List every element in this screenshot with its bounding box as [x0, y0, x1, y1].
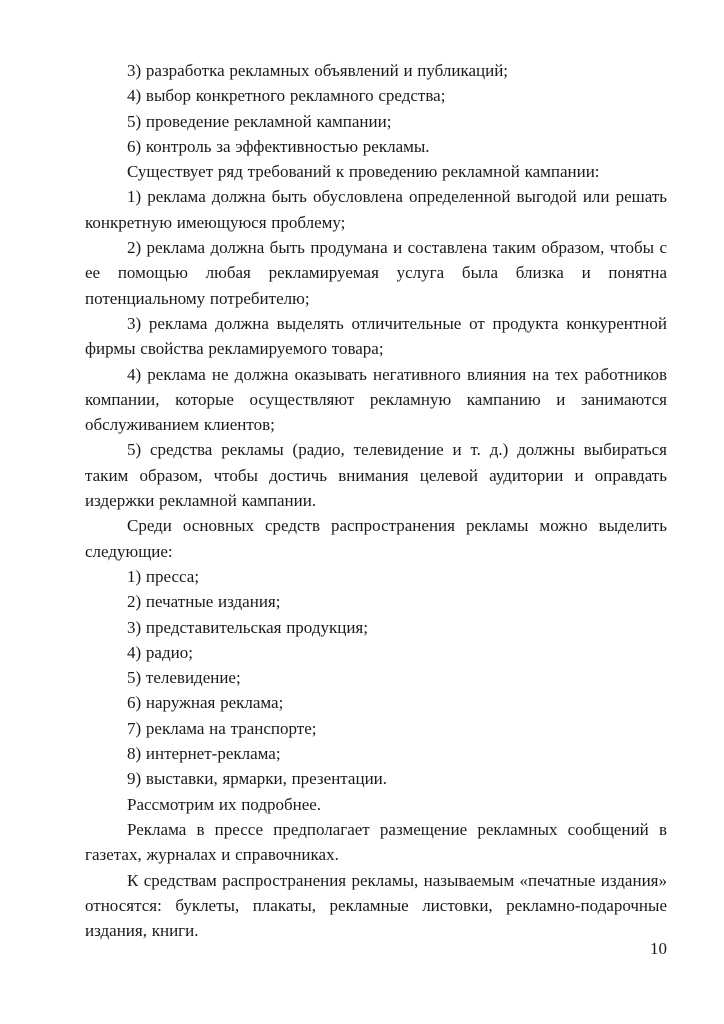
paragraph: 3) реклама должна выделять отличительные… — [85, 311, 667, 362]
list-item: 6) наружная реклама; — [85, 690, 667, 715]
list-item: 2) печатные издания; — [85, 589, 667, 614]
list-item: 3) представительская продукция; — [85, 615, 667, 640]
paragraph: Среди основных средств распространения р… — [85, 513, 667, 564]
paragraph: Рассмотрим их подробнее. — [85, 792, 667, 817]
page-number: 10 — [650, 936, 667, 961]
paragraph: 5) проведение рекламной кампании; — [85, 109, 667, 134]
paragraph: 3) разработка рекламных объявлений и пуб… — [85, 58, 667, 83]
list-item: 5) телевидение; — [85, 665, 667, 690]
list-item: 9) выставки, ярмарки, презентации. — [85, 766, 667, 791]
paragraph: 2) реклама должна быть продумана и соста… — [85, 235, 667, 311]
paragraph: 4) реклама не должна оказывать негативно… — [85, 362, 667, 438]
paragraph: Существует ряд требований к проведению р… — [85, 159, 667, 184]
document-page: 3) разработка рекламных объявлений и пуб… — [0, 0, 724, 1024]
text-block: 3) разработка рекламных объявлений и пуб… — [85, 58, 667, 943]
paragraph: Реклама в прессе предполагает размещение… — [85, 817, 667, 868]
paragraph: 6) контроль за эффективностью рекламы. — [85, 134, 667, 159]
list-item: 8) интернет-реклама; — [85, 741, 667, 766]
list-item: 4) радио; — [85, 640, 667, 665]
paragraph: 4) выбор конкретного рекламного средства… — [85, 83, 667, 108]
list-item: 1) пресса; — [85, 564, 667, 589]
list-item: 7) реклама на транспорте; — [85, 716, 667, 741]
paragraph: К средствам распространения рекламы, наз… — [85, 868, 667, 944]
paragraph: 1) реклама должна быть обусловлена опред… — [85, 184, 667, 235]
paragraph: 5) средства рекламы (радио, телевидение … — [85, 437, 667, 513]
